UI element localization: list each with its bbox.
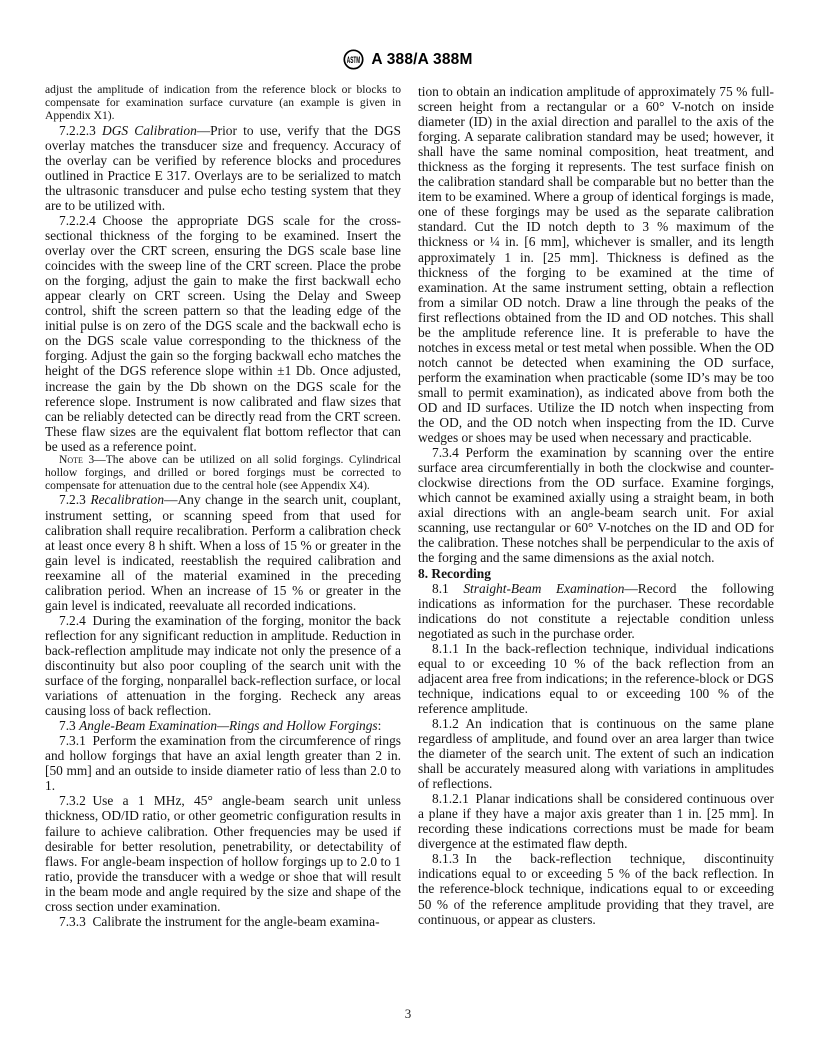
section-number: 7.2.4 [59, 613, 86, 628]
paragraph: adjust the amplitude of indication from … [45, 84, 401, 123]
paragraph: 7.3.3 Calibrate the instrument for the a… [45, 914, 401, 929]
section-number: 7.3.2 [59, 793, 86, 808]
paragraph: 7.3.2 Use a 1 MHz, 45° angle-beam search… [45, 793, 401, 913]
text-columns: adjust the amplitude of indication from … [45, 84, 774, 929]
paragraph: 7.2.2.4 Choose the appropriate DGS scale… [45, 213, 401, 454]
section-number: 8. [418, 566, 428, 581]
section-heading: 8. Recording [418, 566, 774, 581]
document-header: ASTM A 388/A 388M [0, 49, 816, 70]
svg-text:ASTM: ASTM [347, 55, 361, 66]
paragraph: 7.2.4 During the examination of the forg… [45, 613, 401, 718]
section-number: 7.2.2.4 [59, 213, 96, 228]
section-number: 8.1.1 [432, 641, 459, 656]
paragraph: 7.2.2.3 DGS Calibration—Prior to use, ve… [45, 123, 401, 213]
section-number: 8.1.3 [432, 851, 459, 866]
paragraph: 8.1 Straight-Beam Examination—Record the… [418, 581, 774, 641]
paragraph: 7.2.3 Recalibration—Any change in the se… [45, 492, 401, 612]
note-label: Note [59, 453, 83, 466]
paragraph: 7.3 Angle-Beam Examination—Rings and Hol… [45, 718, 401, 733]
section-number: 8.1.2 [432, 716, 459, 731]
page-footer: 3 [0, 1006, 816, 1022]
section-number: 7.3.1 [59, 733, 86, 748]
page-number: 3 [405, 1006, 412, 1021]
section-title: Straight-Beam Examination [463, 581, 624, 596]
document-page: ASTM A 388/A 388M adjust the amplitude o… [0, 0, 816, 1056]
section-title: Recording [431, 566, 491, 581]
paragraph: 8.1.3 In the back-reflection technique, … [418, 851, 774, 926]
section-number: 8.1 [432, 581, 449, 596]
paragraph: 8.1.2 An indication that is continuous o… [418, 716, 774, 791]
paragraph: 7.3.4 Perform the examination by scannin… [418, 445, 774, 565]
paragraph: Note 3—The above can be utilized on all … [45, 454, 401, 493]
right-column: tion to obtain an indication amplitude o… [418, 84, 774, 929]
paragraph: 8.1.1 In the back-reflection technique, … [418, 641, 774, 716]
section-number: 7.3 [59, 718, 76, 733]
section-number: 8.1.2.1 [432, 791, 469, 806]
section-title: Recalibration [90, 492, 164, 507]
paragraph: 7.3.1 Perform the examination from the c… [45, 733, 401, 793]
paragraph: tion to obtain an indication amplitude o… [418, 84, 774, 445]
section-title: Angle-Beam Examination—Rings and Hollow … [79, 718, 378, 733]
paragraph: 8.1.2.1 Planar indications shall be cons… [418, 791, 774, 851]
section-number: 7.2.2.3 [59, 123, 96, 138]
section-title: DGS Calibration [102, 123, 197, 138]
section-number: 7.3.3 [59, 914, 86, 929]
section-number: 7.2.3 [59, 492, 86, 507]
left-column: adjust the amplitude of indication from … [45, 84, 401, 929]
document-title: A 388/A 388M [371, 51, 472, 69]
section-number: 7.3.4 [432, 445, 459, 460]
astm-logo-icon: ASTM [343, 49, 364, 70]
